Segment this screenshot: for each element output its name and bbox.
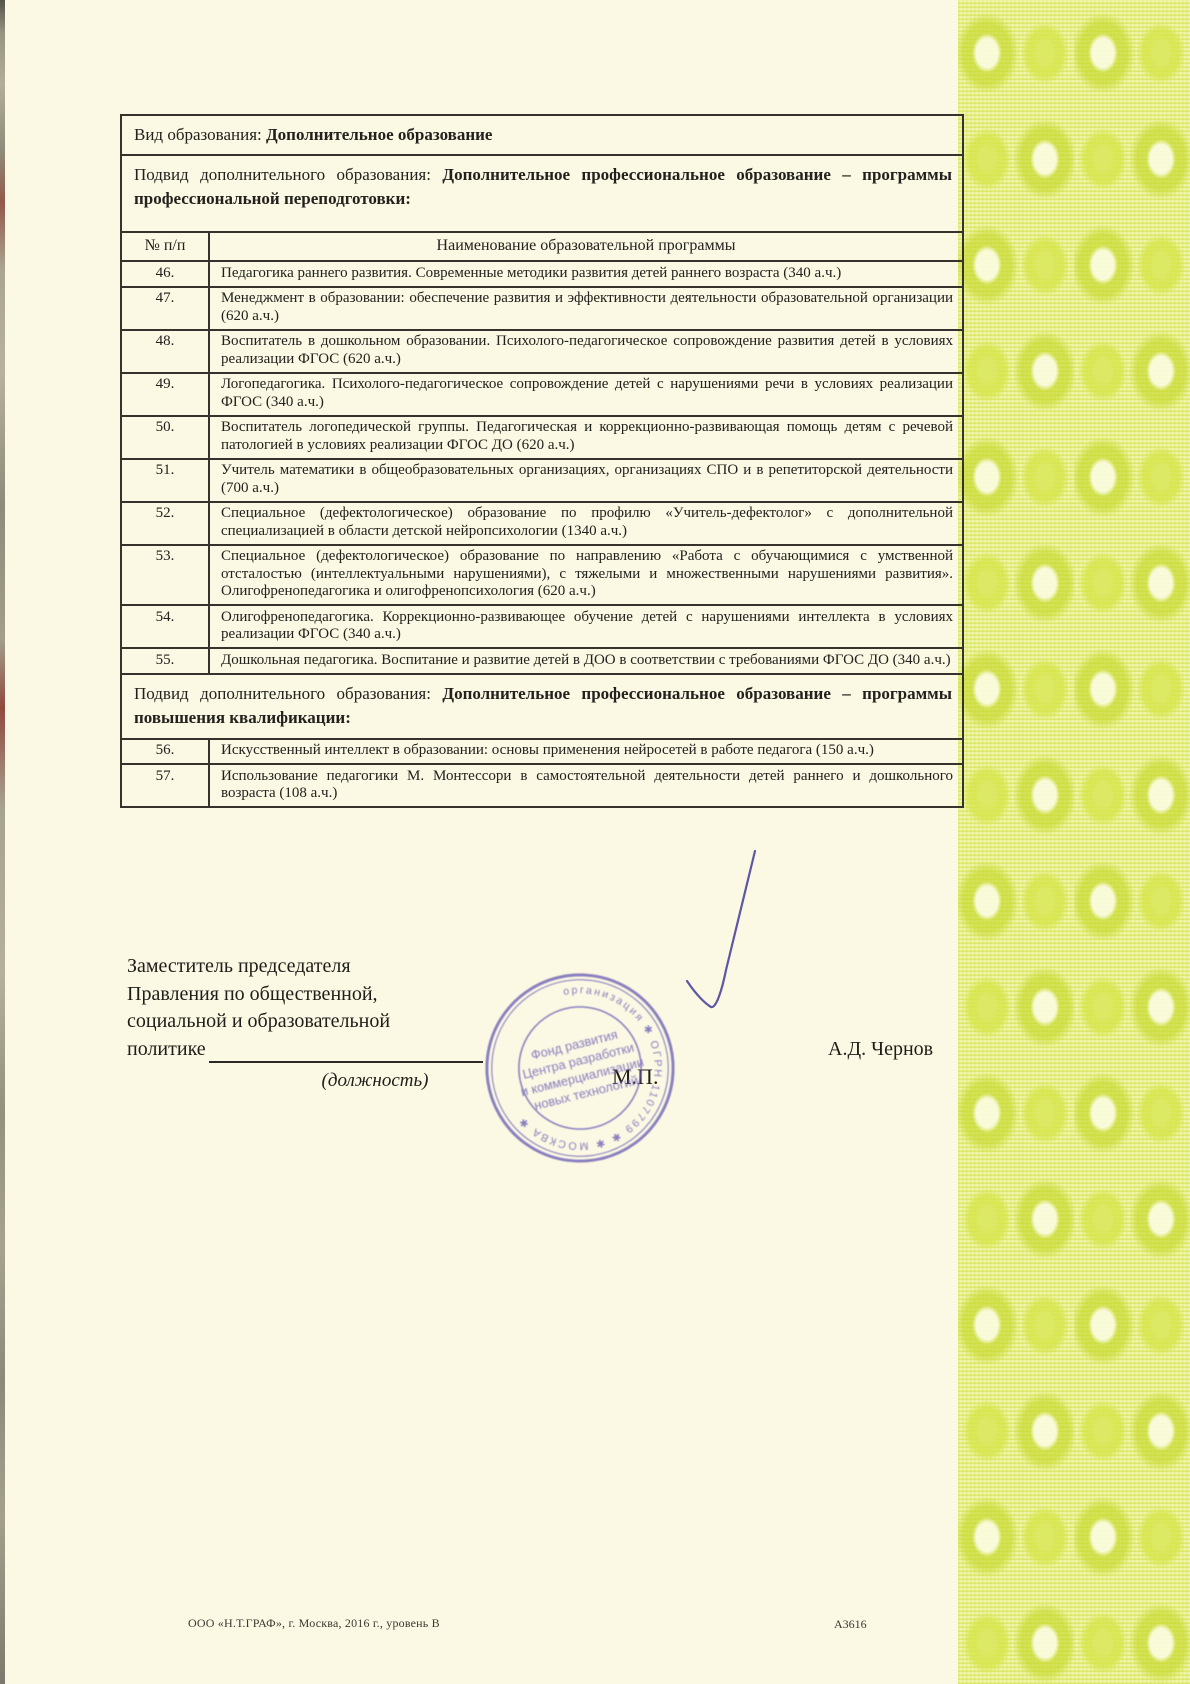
program-name: Олигофренопедагогика. Коррекционно-разви… (209, 605, 963, 648)
security-border-pattern (958, 0, 1190, 1684)
program-name: Дошкольная педагогика. Воспитание и разв… (209, 648, 963, 674)
program-row: 49. Логопедагогика. Психолого-педагогиче… (121, 373, 963, 416)
education-kind-row: Вид образования: Дополнительное образова… (121, 115, 963, 155)
signature-rule (209, 1039, 483, 1063)
programs-table: Вид образования: Дополнительное образова… (120, 114, 964, 808)
row-number: 56. (121, 739, 209, 765)
program-row: 47. Менеджмент в образовании: обеспечени… (121, 287, 963, 330)
program-row: 53. Специальное (дефектологическое) обра… (121, 545, 963, 606)
scanned-license-page: Вид образования: Дополнительное образова… (0, 0, 1190, 1684)
footer-form-number: А3616 (834, 1617, 867, 1632)
position-line: Заместитель председателя (127, 953, 483, 981)
program-row: 52. Специальное (дефектологическое) обра… (121, 502, 963, 545)
signature-block: Заместитель председателя Правления по об… (127, 953, 483, 1095)
program-row: 46. Педагогика раннего развития. Совреме… (121, 261, 963, 287)
footer-printer-info: ООО «Н.Т.ГРАФ», г. Москва, 2016 г., уров… (188, 1616, 440, 1631)
row-number: 57. (121, 764, 209, 807)
stamp-inner-text: Фонд развития Центра разработки и коммер… (511, 1022, 649, 1115)
education-subkind-row-1: Подвид дополнительного образования: Допо… (121, 155, 963, 232)
program-name: Специальное (дефектологическое) образова… (209, 502, 963, 545)
program-row: 50. Воспитатель логопедической группы. П… (121, 416, 963, 459)
signer-name: А.Д. Чернов (828, 1038, 933, 1061)
official-round-stamp: организация ✱ ОГРН 1107799 ✱ ✱ МОСКВА ✱ … (462, 950, 697, 1185)
column-header-program: Наименование образовательной программы (209, 232, 963, 261)
row-number: 50. (121, 416, 209, 459)
program-name: Воспитатель в дошкольном образовании. Пс… (209, 330, 963, 373)
program-name: Воспитатель логопедической группы. Педаг… (209, 416, 963, 459)
education-kind-label: Вид образования: (134, 125, 262, 144)
program-name: Менеджмент в образовании: обеспечение ра… (209, 287, 963, 330)
row-number: 54. (121, 605, 209, 648)
program-row: 55. Дошкольная педагогика. Воспитание и … (121, 648, 963, 674)
row-number: 53. (121, 545, 209, 606)
program-name: Учитель математики в общеобразовательных… (209, 459, 963, 502)
column-header-number: № п/п (121, 232, 209, 261)
position-line: Правления по общественной, (127, 981, 483, 1009)
program-row: 48. Воспитатель в дошкольном образовании… (121, 330, 963, 373)
program-row: 54. Олигофренопедагогика. Коррекционно-р… (121, 605, 963, 648)
row-number: 52. (121, 502, 209, 545)
row-number: 48. (121, 330, 209, 373)
program-name: Специальное (дефектологическое) образова… (209, 545, 963, 606)
education-subkind-cell-1: Подвид дополнительного образования: Допо… (121, 155, 963, 232)
education-subkind-label-1: Подвид дополнительного образования: (134, 165, 431, 184)
row-number: 47. (121, 287, 209, 330)
row-number: 49. (121, 373, 209, 416)
program-row: 57. Использование педагогики М. Монтессо… (121, 764, 963, 807)
position-line: политике (127, 1036, 206, 1064)
program-name: Искусственный интеллект в образовании: о… (209, 739, 963, 765)
program-name: Педагогика раннего развития. Современные… (209, 261, 963, 287)
table-header-row: № п/п Наименование образовательной прогр… (121, 232, 963, 261)
row-number: 55. (121, 648, 209, 674)
education-subkind-row-2: Подвид дополнительного образования: Допо… (121, 674, 963, 739)
position-line-with-rule: политике (127, 1036, 483, 1064)
row-number: 51. (121, 459, 209, 502)
education-subkind-cell-2: Подвид дополнительного образования: Допо… (121, 674, 963, 739)
position-line: социальной и образовательной (127, 1008, 483, 1036)
education-subkind-label-2: Подвид дополнительного образования: (134, 684, 431, 703)
row-number: 46. (121, 261, 209, 287)
position-caption: (должность) (269, 1063, 481, 1095)
program-row: 56. Искусственный интеллект в образовани… (121, 739, 963, 765)
program-row: 51. Учитель математики в общеобразовател… (121, 459, 963, 502)
education-kind-cell: Вид образования: Дополнительное образова… (121, 115, 963, 155)
program-name: Использование педагогики М. Монтессори в… (209, 764, 963, 807)
education-kind-value: Дополнительное образование (266, 125, 493, 144)
program-name: Логопедагогика. Психолого-педагогическое… (209, 373, 963, 416)
scan-edge-artifact (0, 0, 5, 1684)
